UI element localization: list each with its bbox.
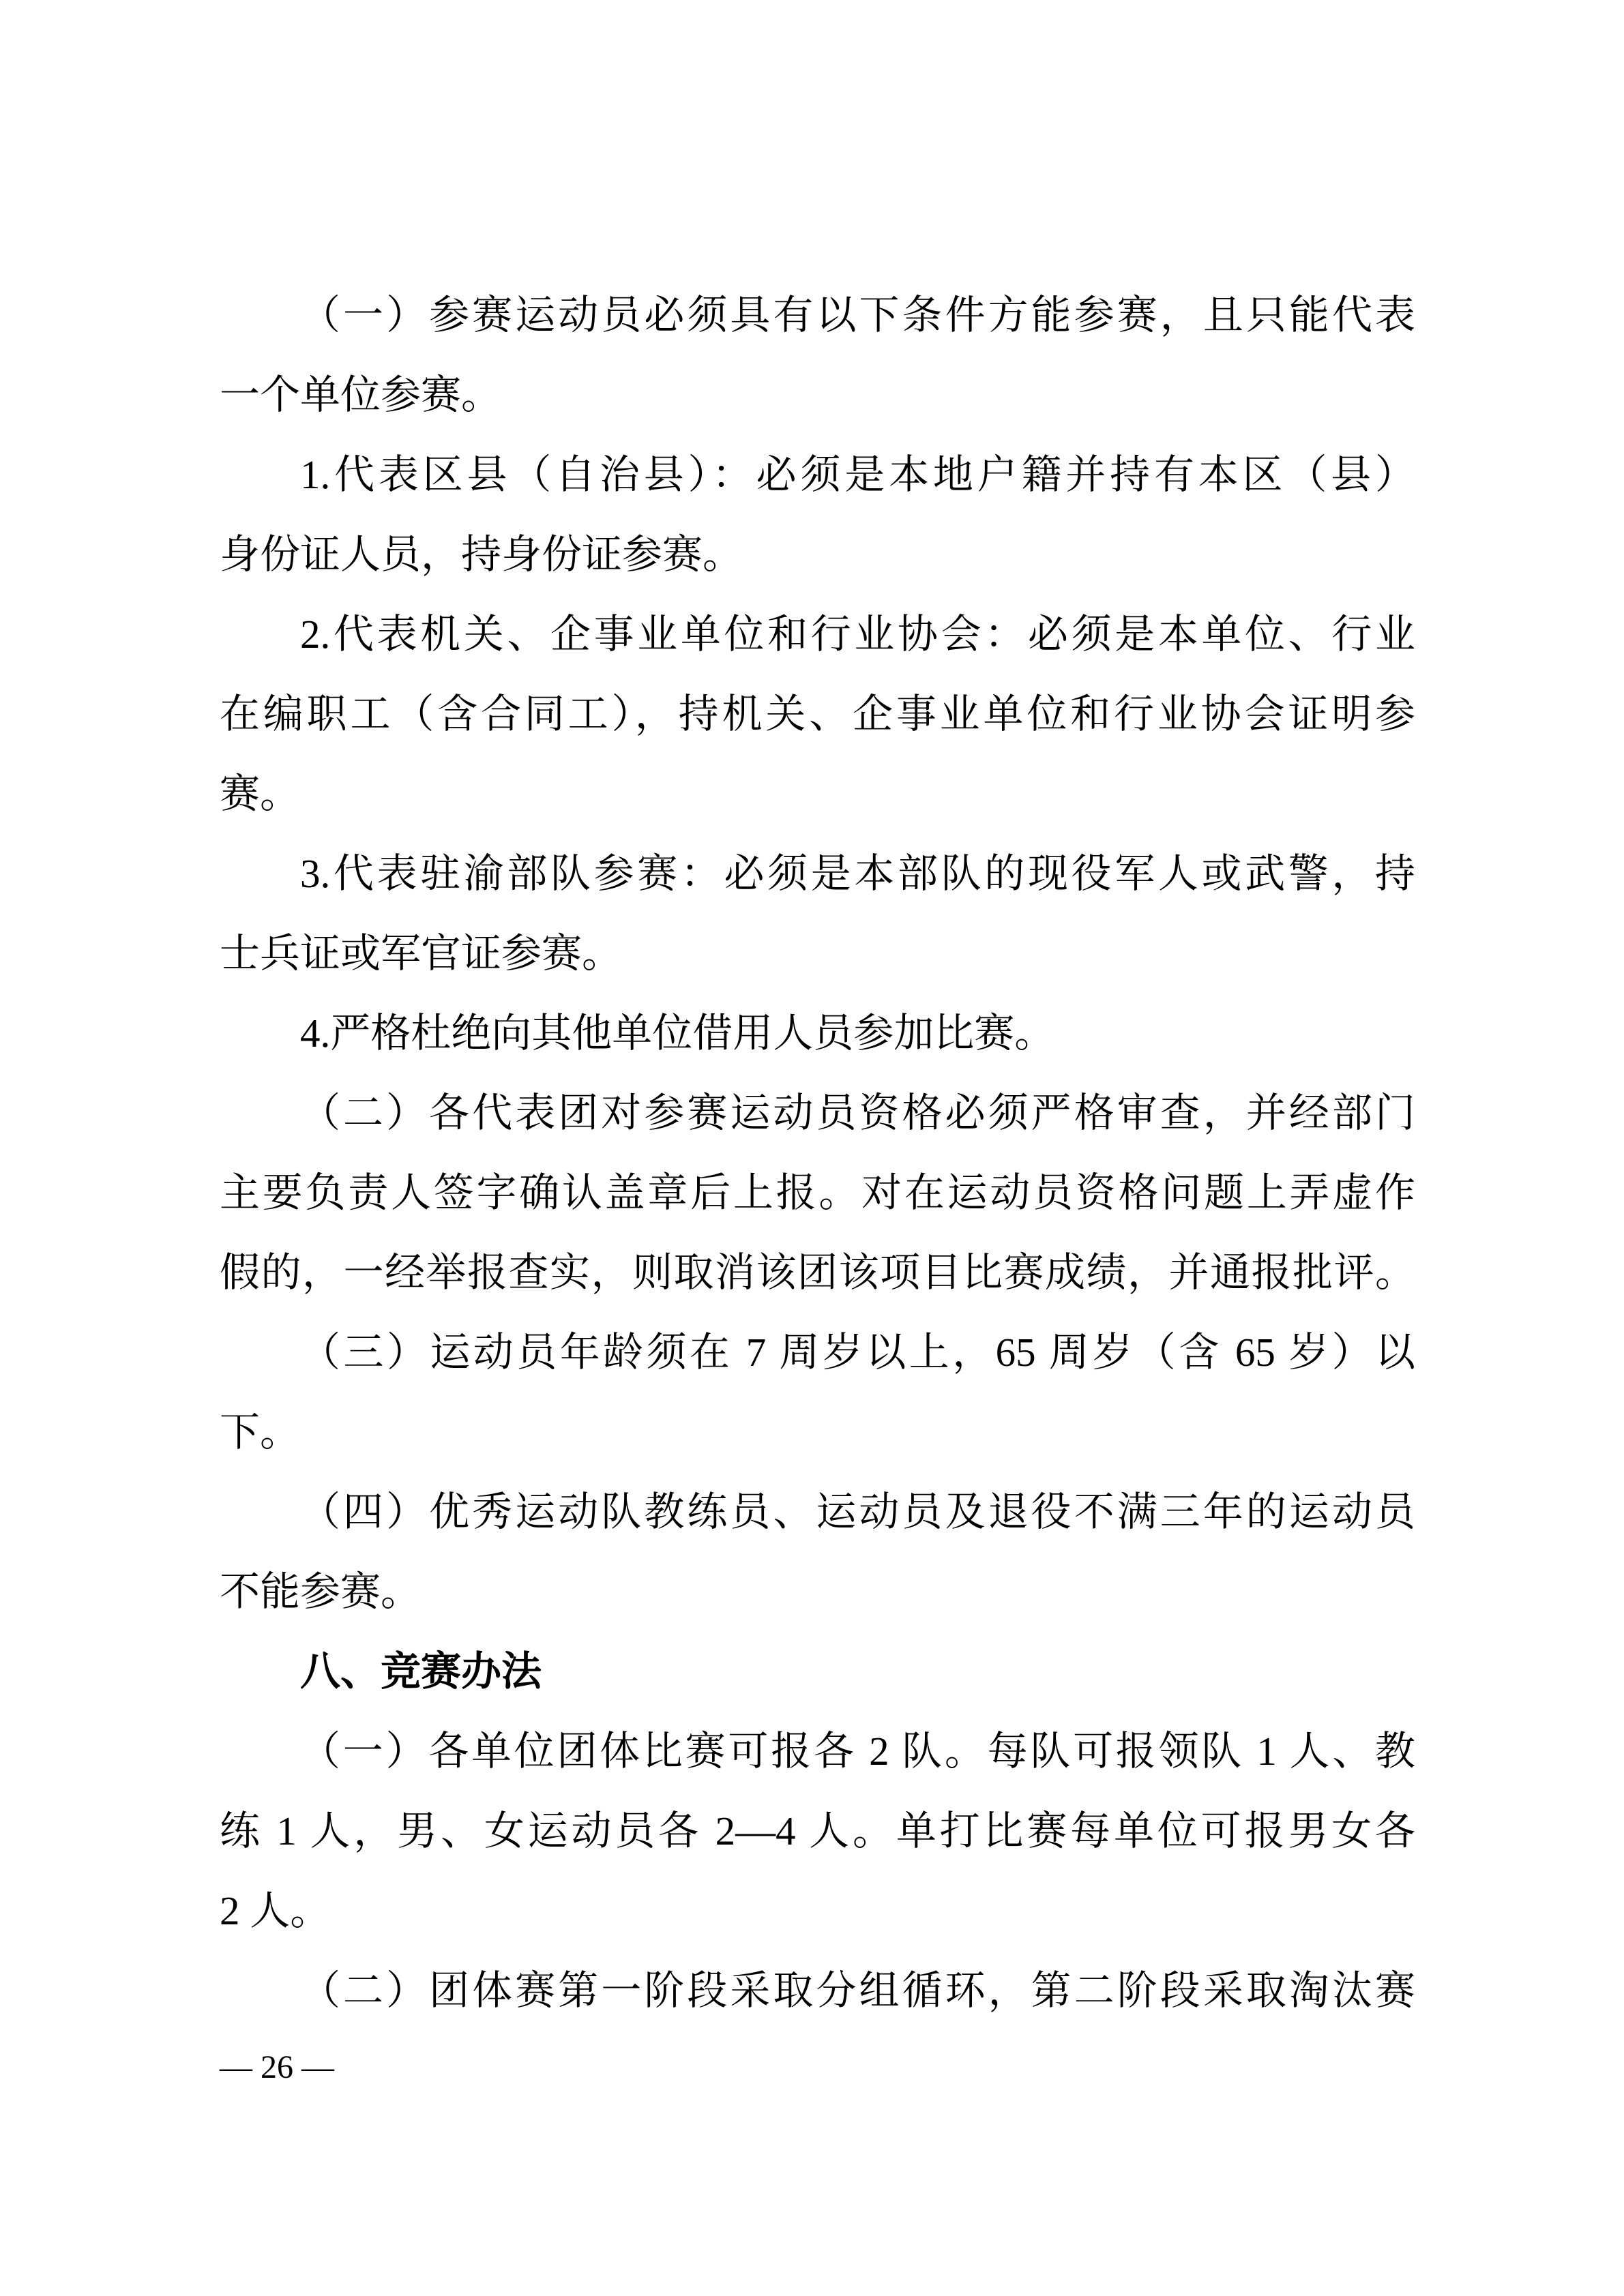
document-page: （一）参赛运动员必须具有以下条件方能参赛，且只能代表一个单位参赛。1.代表区县（… xyxy=(0,0,1624,2296)
text-line: 2.代表机关、企事业单位和行业协会：必须是本单位、行业 xyxy=(220,595,1415,674)
text-line: 主要负责人签字确认盖章后上报。对在运动员资格问题上弄虚作 xyxy=(220,1153,1415,1233)
text-line: 在编职工（含合同工），持机关、企事业单位和行业协会证明参 xyxy=(220,674,1415,754)
text-line: 身份证人员，持身份证参赛。 xyxy=(220,515,1415,595)
section-heading: 八、竞赛办法 xyxy=(220,1632,1415,1712)
text-line: 赛。 xyxy=(220,754,1415,834)
text-line: （一）参赛运动员必须具有以下条件方能参赛，且只能代表 xyxy=(220,275,1415,355)
text-line: 下。 xyxy=(220,1392,1415,1472)
text-line: 4.严格杜绝向其他单位借用人员参加比赛。 xyxy=(220,994,1415,1073)
text-line: （一）各单位团体比赛可报各 2 队。每队可报领队 1 人、教 xyxy=(220,1712,1415,1791)
text-line: 士兵证或军官证参赛。 xyxy=(220,914,1415,994)
text-line: 3.代表驻渝部队参赛：必须是本部队的现役军人或武警，持 xyxy=(220,834,1415,914)
text-line: 2 人。 xyxy=(220,1871,1415,1951)
text-line: （二）各代表团对参赛运动员资格必须严格审查，并经部门 xyxy=(220,1073,1415,1153)
text-line: 1.代表区县（自治县）：必须是本地户籍并持有本区（县） xyxy=(220,435,1415,515)
text-line: 不能参赛。 xyxy=(220,1552,1415,1632)
text-line: 假的，一经举报查实，则取消该团该项目比赛成绩，并通报批评。 xyxy=(220,1233,1415,1313)
page-number: — 26 — xyxy=(220,2047,334,2088)
text-body: （一）参赛运动员必须具有以下条件方能参赛，且只能代表一个单位参赛。1.代表区县（… xyxy=(220,275,1415,2031)
text-line: （三）运动员年龄须在 7 周岁以上，65 周岁（含 65 岁）以 xyxy=(220,1313,1415,1392)
text-line: （二）团体赛第一阶段采取分组循环，第二阶段采取淘汰赛 xyxy=(220,1951,1415,2031)
text-line: 一个单位参赛。 xyxy=(220,355,1415,435)
text-line: 练 1 人，男、女运动员各 2—4 人。单打比赛每单位可报男女各 xyxy=(220,1791,1415,1871)
text-line: （四）优秀运动队教练员、运动员及退役不满三年的运动员 xyxy=(220,1472,1415,1552)
